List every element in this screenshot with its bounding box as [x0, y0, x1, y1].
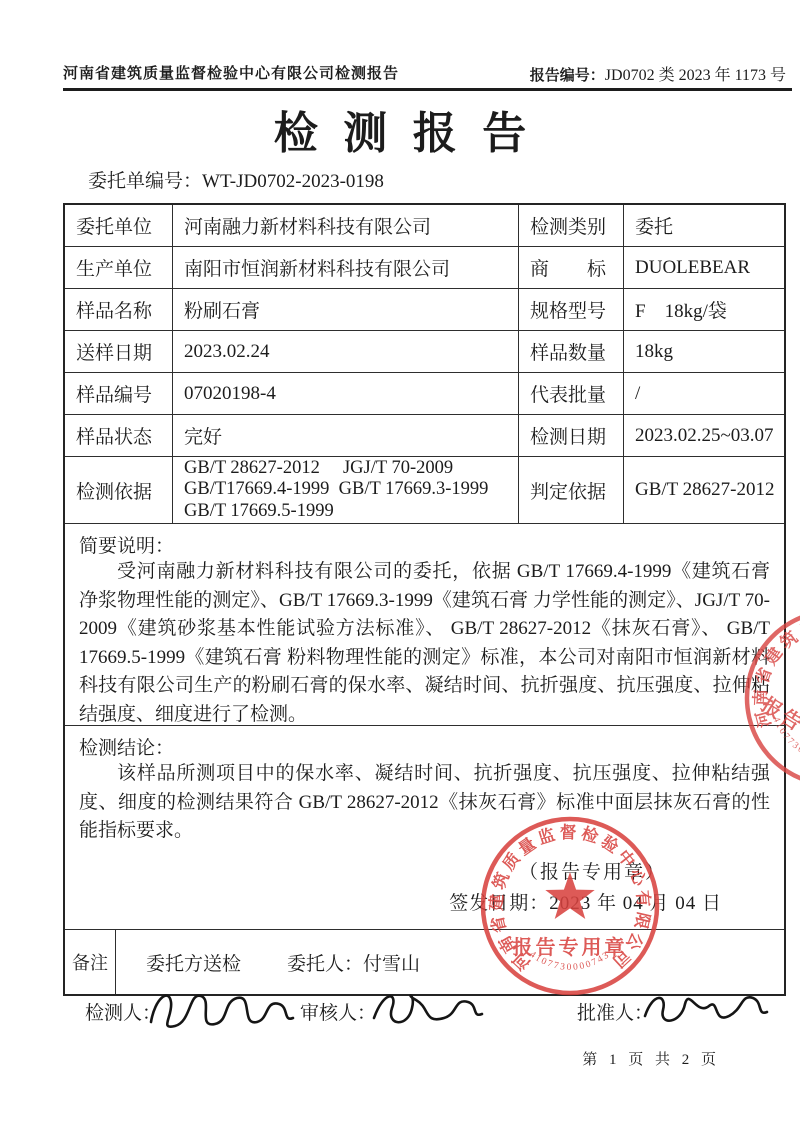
conclusion-section: 检测结论： 该样品所测项目中的保水率、凝结时间、抗折强度、抗压强度、拉伸粘结强度…	[65, 725, 784, 929]
basis-line: GB/T 17669.5-1999	[184, 501, 334, 523]
remark-client: 委托人：付雪山	[287, 949, 420, 976]
field-label: 样品编号	[65, 373, 172, 414]
field-value: GB/T 28627-2012	[623, 457, 788, 523]
field-label: 生产单位	[65, 247, 172, 288]
table-row: 样品状态 完好 检测日期 2023.02.25~03.07	[65, 414, 784, 456]
header-org-line: 河南省建筑质量监督检验中心有限公司检测报告	[63, 62, 399, 83]
field-value: 粉刷石膏	[172, 289, 518, 330]
tester-signature-icon	[147, 984, 297, 1038]
page-title: 检测报告	[0, 97, 800, 161]
page-number: 第 1 页 共 2 页	[582, 1048, 720, 1069]
report-seal-icon: 河南省建筑质量监督检验中心有限公司 报告专用章 4107730000743	[470, 806, 670, 1006]
remark-client-label: 委托人：	[287, 954, 363, 975]
table-row-basis: 检测依据 GB/T 28627-2012 JGJ/T 70-2009 GB/T1…	[65, 456, 784, 523]
field-label: 代表批量	[518, 373, 623, 414]
table-row: 送样日期 2023.02.24 样品数量 18kg	[65, 330, 784, 372]
field-value: /	[623, 373, 788, 414]
report-no-label: 报告编号：	[530, 67, 605, 84]
field-label: 检测类别	[518, 205, 623, 246]
conclusion-heading: 检测结论：	[79, 733, 770, 760]
table-row: 样品名称 粉刷石膏 规格型号 F 18kg/袋	[65, 288, 784, 330]
field-value: DUOLEBEAR	[623, 247, 788, 288]
field-label: 商 标	[518, 247, 623, 288]
report-page: 河南省建筑质量监督检验中心有限公司检测报告 报告编号：JD0702 类 2023…	[0, 0, 800, 1134]
field-value: 河南融力新材料科技有限公司	[172, 205, 518, 246]
commission-number-value: WT-JD0702-2023-0198	[202, 171, 384, 192]
reviewer-label: 审核人：	[300, 1003, 376, 1024]
reviewer-signature-block: 审核人：	[300, 998, 376, 1025]
field-label: 检测依据	[65, 457, 172, 523]
field-label: 检测日期	[518, 415, 623, 456]
field-label: 样品数量	[518, 331, 623, 372]
field-value: 07020198-4	[172, 373, 518, 414]
field-label: 样品名称	[65, 289, 172, 330]
field-value: 2023.02.25~03.07	[623, 415, 788, 456]
field-label: 样品状态	[65, 415, 172, 456]
info-table: 委托单位 河南融力新材料科技有限公司 检测类别 委托 生产单位 南阳市恒润新材料…	[63, 203, 786, 996]
brief-heading: 简要说明：	[79, 531, 770, 558]
field-value: 18kg	[623, 331, 788, 372]
basis-line: GB/T17669.4-1999 GB/T 17669.3-1999	[184, 479, 488, 501]
field-value: 完好	[172, 415, 518, 456]
commission-number-line: 委托单编号：WT-JD0702-2023-0198	[88, 166, 384, 193]
field-value: 委托	[623, 205, 788, 246]
field-value: 南阳市恒润新材料科技有限公司	[172, 247, 518, 288]
remark-content: 委托方送检	[146, 949, 241, 976]
header-divider	[63, 88, 792, 91]
tester-signature-block: 检测人：	[85, 998, 161, 1025]
field-label: 委托单位	[65, 205, 172, 246]
table-row: 委托单位 河南融力新材料科技有限公司 检测类别 委托	[65, 205, 784, 246]
seal-star-icon	[545, 872, 594, 919]
brief-body: 受河南融力新材料科技有限公司的委托，依据 GB/T 17669.4-1999《建…	[79, 558, 770, 729]
basis-standards: GB/T 28627-2012 JGJ/T 70-2009 GB/T17669.…	[172, 457, 518, 523]
field-label: 判定依据	[518, 457, 623, 523]
report-no-value: JD0702 类 2023 年 1173 号	[605, 67, 786, 84]
field-value: F 18kg/袋	[623, 289, 788, 330]
table-row: 样品编号 07020198-4 代表批量 /	[65, 372, 784, 414]
brief-section: 简要说明： 受河南融力新材料科技有限公司的委托，依据 GB/T 17669.4-…	[65, 523, 784, 725]
remark-client-name: 付雪山	[363, 954, 420, 975]
remark-label: 备注	[65, 930, 115, 994]
reviewer-signature-icon	[366, 984, 486, 1038]
field-label: 规格型号	[518, 289, 623, 330]
header-report-no: 报告编号：JD0702 类 2023 年 1173 号	[530, 62, 786, 85]
field-label: 送样日期	[65, 331, 172, 372]
field-value: 2023.02.24	[172, 331, 518, 372]
basis-line: GB/T 28627-2012 JGJ/T 70-2009	[184, 458, 453, 480]
table-row: 生产单位 南阳市恒润新材料科技有限公司 商 标 DUOLEBEAR	[65, 246, 784, 288]
edge-seal-icon: 河南省建筑质量监督检验中心有限公司 报告专用章 4107730000743	[734, 598, 800, 798]
commission-number-label: 委托单编号：	[88, 171, 202, 192]
